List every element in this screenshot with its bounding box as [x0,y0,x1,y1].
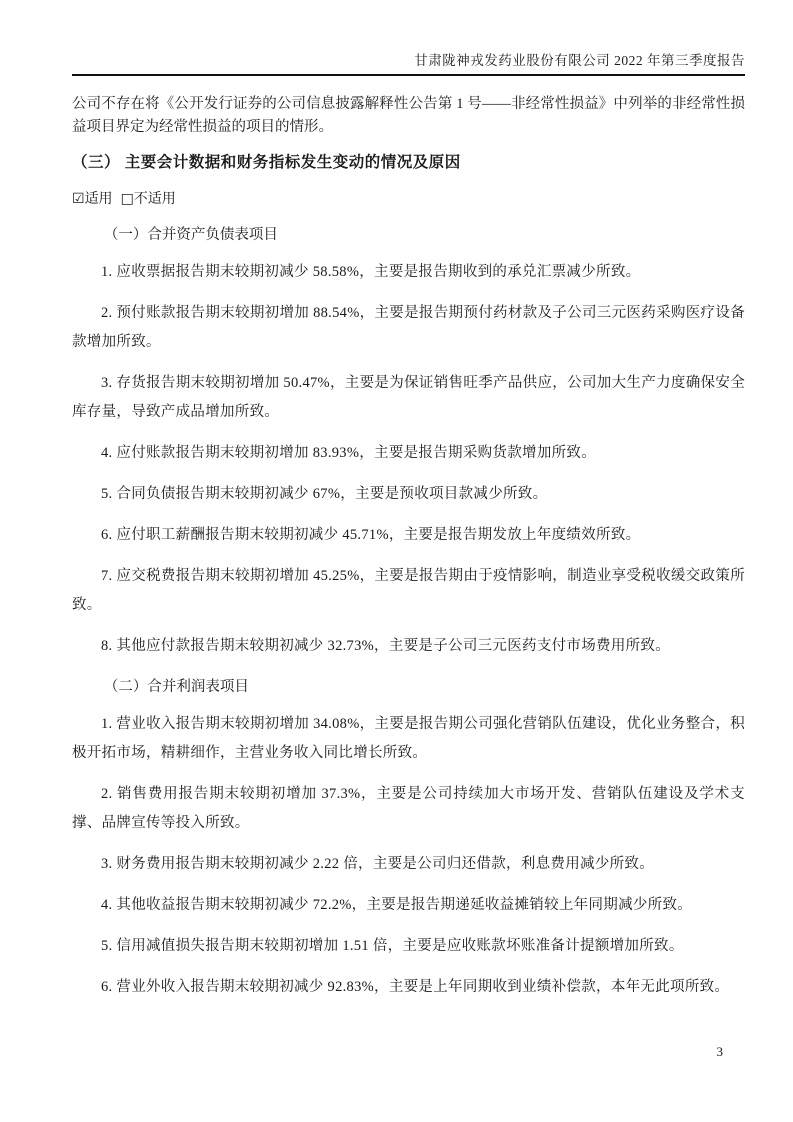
balance-sheet-item-1: 1. 应收票据报告期末较期初减少 58.58%，主要是报告期收到的承兑汇票减少所… [72,258,745,287]
balance-sheet-item-5: 5. 合同负债报告期末较期初减少 67%，主要是预收项目款减少所致。 [72,480,745,509]
income-statement-item-3: 3. 财务费用报告期末较期初减少 2.22 倍，主要是公司归还借款，利息费用减少… [72,850,745,879]
applicable-label: 适用 [85,192,113,207]
balance-sheet-item-8: 8. 其他应付款报告期末较期初减少 32.73%，主要是子公司三元医药支付市场费… [72,632,745,661]
income-statement-item-5: 5. 信用减值损失报告期末较期初增加 1.51 倍，主要是应收账款坏账准备计提额… [72,932,745,961]
income-statement-item-1: 1. 营业收入报告期末较期初增加 34.08%，主要是报告期公司强化营销队伍建设… [72,710,745,768]
balance-sheet-item-4: 4. 应付账款报告期末较期初增加 83.93%，主要是报告期采购货款增加所致。 [72,439,745,468]
page-number: 3 [717,1044,724,1060]
report-title: 甘肃陇神戎发药业股份有限公司 2022 年第三季度报告 [414,53,745,68]
not-applicable-label: 不适用 [134,192,176,207]
balance-sheet-item-3: 3. 存货报告期末较期初增加 50.47%，主要是为保证销售旺季产品供应，公司加… [72,369,745,427]
balance-sheet-item-7: 7. 应交税费报告期末较期初增加 45.25%，主要是报告期由于疫情影响，制造业… [72,562,745,620]
income-statement-item-2: 2. 销售费用报告期末较期初增加 37.3%，主要是公司持续加大市场开发、营销队… [72,780,745,838]
page-header: 甘肃陇神戎发药业股份有限公司 2022 年第三季度报告 [72,0,745,76]
intro-paragraph: 公司不存在将《公开发行证券的公司信息披露解释性公告第 1 号——非经常性损益》中… [72,93,745,139]
applicability-line: ☑适用□不适用 [72,190,745,209]
checkbox-unchecked-icon: □ [121,191,134,207]
income-statement-item-4: 4. 其他收益报告期末较期初减少 72.2%，主要是报告期递延收益摊销较上年同期… [72,891,745,920]
subsection-title-income-statement: （二）合并利润表项目 [72,673,745,702]
checkbox-checked-icon: ☑ [72,191,85,207]
income-statement-item-6: 6. 营业外收入报告期末较期初减少 92.83%，主要是上年同期收到业绩补偿款，… [72,973,745,1002]
section-heading: （三） 主要会计数据和财务指标发生变动的情况及原因 [72,153,745,173]
balance-sheet-item-2: 2. 预付账款报告期末较期初增加 88.54%，主要是报告期预付药材款及子公司三… [72,299,745,357]
subsection-title-balance-sheet: （一）合并资产负债表项目 [72,221,745,250]
document-page: 甘肃陇神戎发药业股份有限公司 2022 年第三季度报告 公司不存在将《公开发行证… [0,0,793,1002]
balance-sheet-item-6: 6. 应付职工薪酬报告期末较期初减少 45.71%，主要是报告期发放上年度绩效所… [72,521,745,550]
